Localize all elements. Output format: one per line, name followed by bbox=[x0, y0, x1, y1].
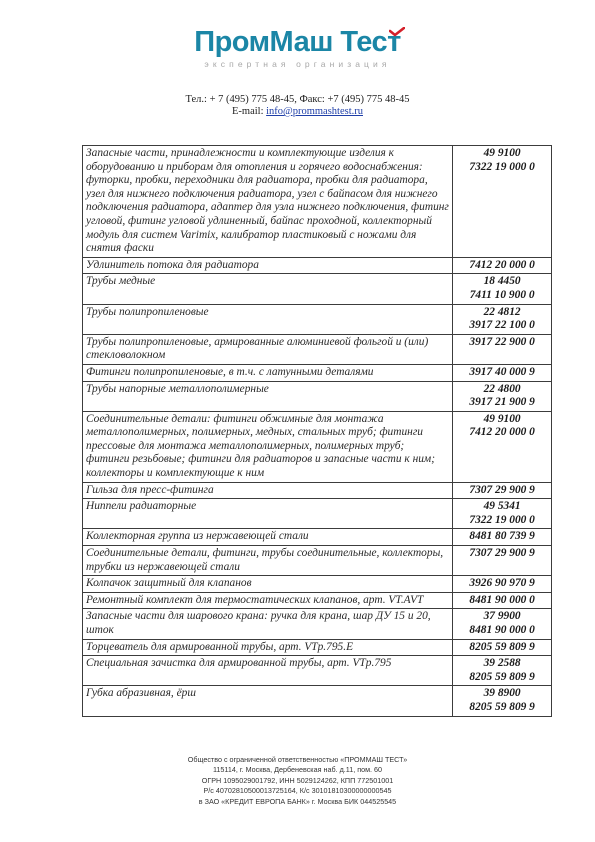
tnved-code: 8205 59 809 9 bbox=[456, 671, 548, 685]
contact-info: Тел.: + 7 (495) 775 48-45, Факс: +7 (495… bbox=[0, 94, 595, 118]
table-row: Губка абразивная, ёрш39 89008205 59 809 … bbox=[83, 686, 552, 716]
tnved-code: 7322 19 000 0 bbox=[456, 161, 548, 175]
product-codes: 3926 90 970 9 bbox=[453, 576, 552, 593]
product-description: Специальная зачистка для армированной тр… bbox=[83, 656, 453, 686]
company-requisites: Общество с ограниченной ответственностью… bbox=[0, 755, 595, 807]
product-codes: 8481 90 000 0 bbox=[453, 592, 552, 609]
footer-bank: в ЗАО «КРЕДИТ ЕВРОПА БАНК» г. Москва БИК… bbox=[0, 797, 595, 807]
product-codes: 37 99008481 90 000 0 bbox=[453, 609, 552, 639]
table-row: Гильза для пресс-фитинга7307 29 900 9 bbox=[83, 482, 552, 499]
product-description: Соединительные детали: фитинги обжимные … bbox=[83, 411, 453, 482]
tnved-code: 3917 22 900 0 bbox=[456, 336, 548, 350]
logo-title: ПромМаш Тест bbox=[194, 26, 401, 58]
tnved-code: 7307 29 900 9 bbox=[456, 484, 548, 498]
product-codes: 39 89008205 59 809 9 bbox=[453, 686, 552, 716]
product-codes: 49 53417322 19 000 0 bbox=[453, 499, 552, 529]
tnved-code: 7411 10 900 0 bbox=[456, 289, 548, 303]
tnved-code: 7412 20 000 0 bbox=[456, 426, 548, 440]
email-line: E-mail: info@prommashtest.ru bbox=[0, 106, 595, 118]
footer-accounts: Р/с 40702810500013725164, К/с 3010181030… bbox=[0, 786, 595, 796]
product-description: Трубы напорные металлополимерные bbox=[83, 381, 453, 411]
table-row: Специальная зачистка для армированной тр… bbox=[83, 656, 552, 686]
product-description: Трубы полипропиленовые, армированные алю… bbox=[83, 334, 453, 364]
product-description: Торцеватель для армированной трубы, арт.… bbox=[83, 639, 453, 656]
product-description: Гильза для пресс-фитинга bbox=[83, 482, 453, 499]
okp-code: 49 9100 bbox=[456, 147, 548, 161]
table-row: Трубы напорные металлополимерные22 48003… bbox=[83, 381, 552, 411]
email-label: E-mail: bbox=[232, 106, 266, 117]
product-codes: 22 48003917 21 900 9 bbox=[453, 381, 552, 411]
product-codes: 39 25888205 59 809 9 bbox=[453, 656, 552, 686]
logo-subtitle: экспертная организация bbox=[0, 59, 595, 69]
table-row: Запасные части для шарового крана: ручка… bbox=[83, 609, 552, 639]
footer-registration: ОГРН 1095029001792, ИНН 5029124262, КПП … bbox=[0, 776, 595, 786]
table-row: Трубы полипропиленовые, армированные алю… bbox=[83, 334, 552, 364]
table-row: Соединительные детали: фитинги обжимные … bbox=[83, 411, 552, 482]
product-description: Удлинитель потока для радиатора bbox=[83, 257, 453, 274]
product-codes: 18 44507411 10 900 0 bbox=[453, 274, 552, 304]
product-codes: 49 91007322 19 000 0 bbox=[453, 146, 552, 258]
product-description: Колпачок защитный для клапанов bbox=[83, 576, 453, 593]
table-row: Колпачок защитный для клапанов3926 90 97… bbox=[83, 576, 552, 593]
tnved-code: 3917 40 000 9 bbox=[456, 366, 548, 380]
product-description: Губка абразивная, ёрш bbox=[83, 686, 453, 716]
okp-code: 22 4800 bbox=[456, 383, 548, 397]
tnved-code: 8481 80 739 9 bbox=[456, 530, 548, 544]
okp-code: 37 9900 bbox=[456, 610, 548, 624]
table-row: Коллекторная группа из нержавеющей стали… bbox=[83, 529, 552, 546]
tnved-code: 8205 59 809 9 bbox=[456, 641, 548, 655]
okp-code: 22 4812 bbox=[456, 306, 548, 320]
logo-title-text: ПромМаш Тест bbox=[194, 26, 401, 58]
product-codes: 3917 40 000 9 bbox=[453, 364, 552, 381]
table-row: Ремонтный комплект для термостатических … bbox=[83, 592, 552, 609]
company-logo: ПромМаш Тест экспертная организация bbox=[0, 26, 595, 69]
footer-address: 115114, г. Москва, Дербеневская наб. д.1… bbox=[0, 765, 595, 775]
table-row: Запасные части, принадлежности и комплек… bbox=[83, 146, 552, 258]
okp-code: 39 8900 bbox=[456, 687, 548, 701]
product-description: Запасные части для шарового крана: ручка… bbox=[83, 609, 453, 639]
product-description: Коллекторная группа из нержавеющей стали bbox=[83, 529, 453, 546]
tnved-code: 8481 90 000 0 bbox=[456, 594, 548, 608]
product-description: Трубы медные bbox=[83, 274, 453, 304]
product-description: Фитинги полипропиленовые, в т.ч. с латун… bbox=[83, 364, 453, 381]
tnved-code: 3926 90 970 9 bbox=[456, 577, 548, 591]
product-codes: 7412 20 000 0 bbox=[453, 257, 552, 274]
okp-code: 39 2588 bbox=[456, 657, 548, 671]
product-codes: 49 91007412 20 000 0 bbox=[453, 411, 552, 482]
tnved-code: 8205 59 809 9 bbox=[456, 701, 548, 715]
table-row: Удлинитель потока для радиатора7412 20 0… bbox=[83, 257, 552, 274]
tnved-code: 7412 20 000 0 bbox=[456, 259, 548, 273]
checkmark-icon bbox=[389, 27, 405, 37]
table-row: Трубы полипропиленовые22 48123917 22 100… bbox=[83, 304, 552, 334]
table-row: Ниппели радиаторные49 53417322 19 000 0 bbox=[83, 499, 552, 529]
tnved-code: 3917 22 100 0 bbox=[456, 319, 548, 333]
product-codes: 7307 29 900 9 bbox=[453, 482, 552, 499]
product-codes: 3917 22 900 0 bbox=[453, 334, 552, 364]
product-description: Ремонтный комплект для термостатических … bbox=[83, 592, 453, 609]
product-description: Соединительные детали, фитинги, трубы со… bbox=[83, 546, 453, 576]
okp-code: 49 5341 bbox=[456, 500, 548, 514]
product-description: Запасные части, принадлежности и комплек… bbox=[83, 146, 453, 258]
product-codes: 8205 59 809 9 bbox=[453, 639, 552, 656]
phone-fax-line: Тел.: + 7 (495) 775 48-45, Факс: +7 (495… bbox=[0, 94, 595, 106]
products-table: Запасные части, принадлежности и комплек… bbox=[82, 145, 552, 717]
product-description: Трубы полипропиленовые bbox=[83, 304, 453, 334]
product-codes: 22 48123917 22 100 0 bbox=[453, 304, 552, 334]
email-link[interactable]: info@prommashtest.ru bbox=[266, 106, 363, 117]
okp-code: 49 9100 bbox=[456, 413, 548, 427]
table-row: Соединительные детали, фитинги, трубы со… bbox=[83, 546, 552, 576]
tnved-code: 7307 29 900 9 bbox=[456, 547, 548, 561]
table-row: Фитинги полипропиленовые, в т.ч. с латун… bbox=[83, 364, 552, 381]
product-codes: 8481 80 739 9 bbox=[453, 529, 552, 546]
tnved-code: 8481 90 000 0 bbox=[456, 624, 548, 638]
tnved-code: 3917 21 900 9 bbox=[456, 396, 548, 410]
table-row: Трубы медные18 44507411 10 900 0 bbox=[83, 274, 552, 304]
footer-company-name: Общество с ограниченной ответственностью… bbox=[0, 755, 595, 765]
products-table-body: Запасные части, принадлежности и комплек… bbox=[83, 146, 552, 717]
okp-code: 18 4450 bbox=[456, 275, 548, 289]
product-codes: 7307 29 900 9 bbox=[453, 546, 552, 576]
product-description: Ниппели радиаторные bbox=[83, 499, 453, 529]
tnved-code: 7322 19 000 0 bbox=[456, 514, 548, 528]
table-row: Торцеватель для армированной трубы, арт.… bbox=[83, 639, 552, 656]
